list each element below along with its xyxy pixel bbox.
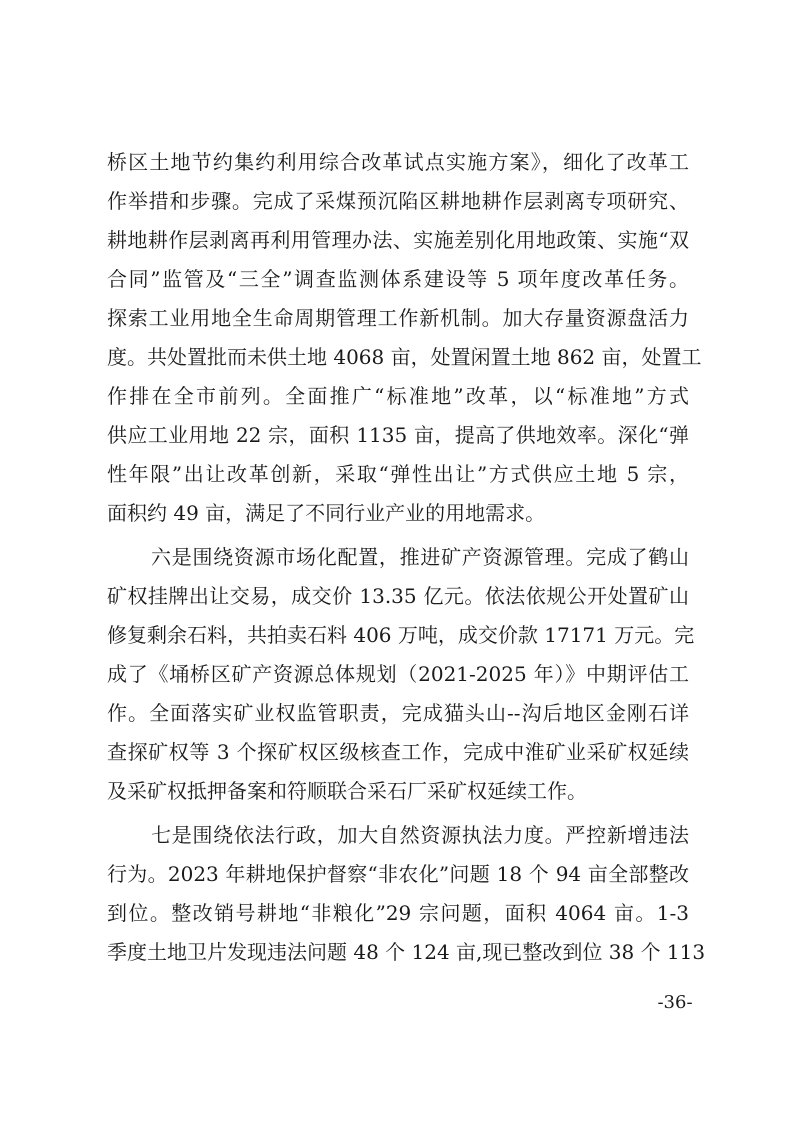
text-line: 耕地耕作层剥离再利用管理办法、实施差别化用地政策、实施“双 (107, 221, 689, 260)
text-line: 作排在全市前列。全面推广“标准地”改革，以“标准地”方式 (107, 377, 689, 416)
text-line: 矿权挂牌出让交易，成交价 13.35 亿元。依法依规公开处置矿山 (107, 577, 689, 616)
paragraph-mineral-resources: 六是围绕资源市场化配置，推进矿产资源管理。完成了鹤山 矿权挂牌出让交易，成交价 … (107, 538, 689, 811)
text-line: 供应工业用地 22 宗，面积 1135 亩，提高了供地效率。深化“弹 (107, 416, 689, 455)
text-line: 作举措和步骤。完成了采煤预沉陷区耕地耕作层剥离专项研究、 (107, 182, 689, 221)
text-line: 度。共处置批而未供土地 4068 亩，处置闲置土地 862 亩，处置工 (107, 338, 689, 377)
text-line: 修复剩余石料，共拍卖石料 406 万吨，成交价款 17171 万元。完 (107, 616, 689, 655)
text-line: 面积约 49 亩，满足了不同行业产业的用地需求。 (107, 494, 689, 533)
text-line: 探索工业用地全生命周期管理工作新机制。加大存量资源盘活力 (107, 299, 689, 338)
text-line: 六是围绕资源市场化配置，推进矿产资源管理。完成了鹤山 (107, 538, 689, 577)
body-text: 桥区土地节约集约利用综合改革试点实施方案》，细化了改革工 作举措和步骤。完成了采… (107, 143, 689, 972)
text-line: 查探矿权等 3 个探矿权区级核查工作，完成中淮矿业采矿权延续 (107, 733, 689, 772)
document-page: 桥区土地节约集约利用综合改革试点实施方案》，细化了改革工 作举措和步骤。完成了采… (0, 0, 793, 1122)
text-line: 合同”监管及“三全”调查监测体系建设等 5 项年度改革任务。 (107, 260, 689, 299)
text-line: 及采矿权抵押备案和符顺联合采石厂采矿权延续工作。 (107, 772, 689, 811)
text-line: 性年限”出让改革创新，采取“弹性出让”方式供应土地 5 宗， (107, 455, 689, 494)
text-line: 到位。整改销号耕地“非粮化”29 宗问题，面积 4064 亩。1-3 (107, 894, 689, 933)
paragraph-land-reform: 桥区土地节约集约利用综合改革试点实施方案》，细化了改革工 作举措和步骤。完成了采… (107, 143, 689, 533)
text-line: 桥区土地节约集约利用综合改革试点实施方案》，细化了改革工 (107, 143, 689, 182)
text-line: 行为。2023 年耕地保护督察“非农化”问题 18 个 94 亩全部整改 (107, 855, 689, 894)
text-line: 七是围绕依法行政，加大自然资源执法力度。严控新增违法 (107, 816, 689, 855)
text-line: 季度土地卫片发现违法问题 48 个 124 亩,现已整改到位 38 个 113 (107, 933, 689, 972)
text-line: 作。全面落实矿业权监管职责，完成猫头山--沟后地区金刚石详 (107, 694, 689, 733)
paragraph-law-enforcement: 七是围绕依法行政，加大自然资源执法力度。严控新增违法 行为。2023 年耕地保护… (107, 816, 689, 972)
page-number: -36- (650, 990, 700, 1016)
text-line: 成了《埇桥区矿产资源总体规划（2021-2025 年）》中期评估工 (107, 655, 689, 694)
